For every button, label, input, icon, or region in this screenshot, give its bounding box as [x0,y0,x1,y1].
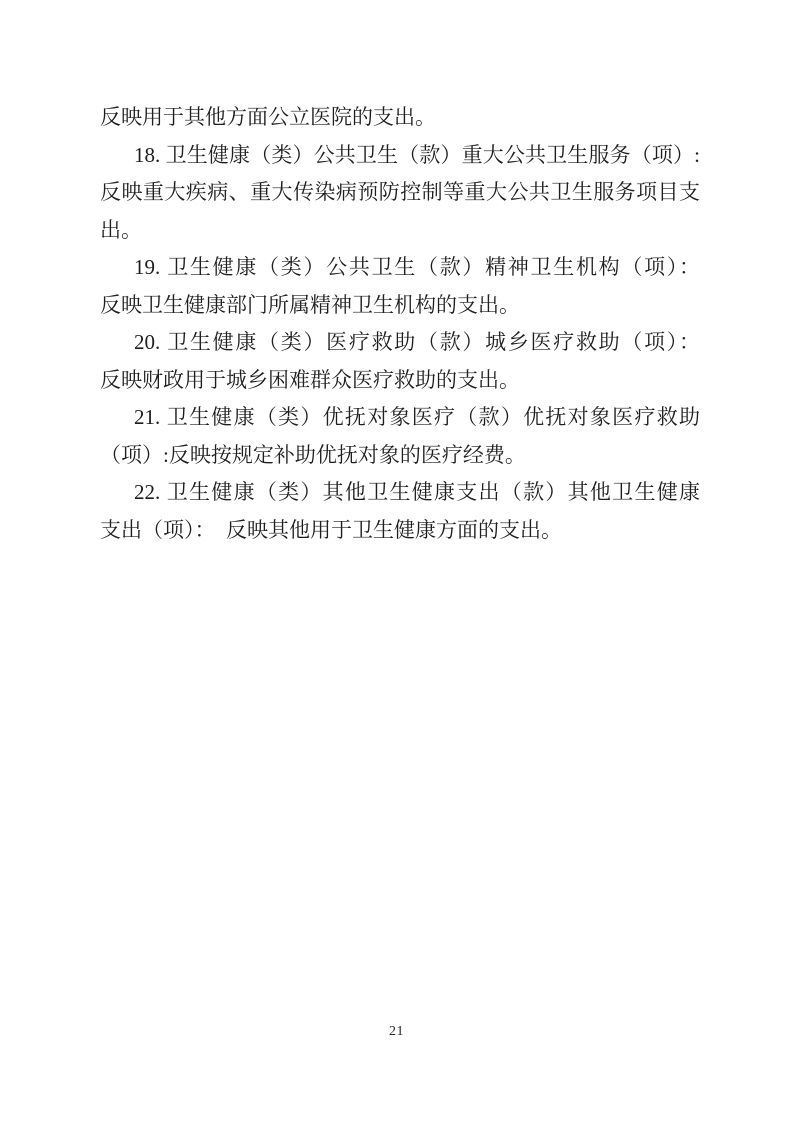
page-footer: 21 [0,1022,793,1040]
text-line: 支出（项）： 反映其他用于卫生健康方面的支出。 [100,512,700,550]
page-number: 21 [389,1024,404,1039]
text-line: 20. 卫生健康（类）医疗救助（款）城乡医疗救助（项）： [100,324,700,362]
text-line: 反映用于其他方面公立医院的支出。 [100,99,700,137]
text-line: 22. 卫生健康（类）其他卫生健康支出（款）其他卫生健康 [100,474,700,512]
text-line: 反映卫生健康部门所属精神卫生机构的支出。 [100,287,700,325]
text-line: 19. 卫生健康（类）公共卫生（款）精神卫生机构（项）： [100,249,700,287]
text-line: 反映财政用于城乡困难群众医疗救助的支出。 [100,362,700,400]
text-line: （项）:反映按规定补助优抚对象的医疗经费。 [100,437,700,475]
text-line: 21. 卫生健康（类）优抚对象医疗（款）优抚对象医疗救助 [100,399,700,437]
text-line: 反映重大疾病、重大传染病预防控制等重大公共卫生服务项目支 [100,174,700,212]
text-line: 出。 [100,212,700,250]
document-body: 反映用于其他方面公立医院的支出。18. 卫生健康（类）公共卫生（款）重大公共卫生… [100,99,700,549]
document-page: 反映用于其他方面公立医院的支出。18. 卫生健康（类）公共卫生（款）重大公共卫生… [0,0,793,1122]
text-line: 18. 卫生健康（类）公共卫生（款）重大公共卫生服务（项）: [100,137,700,175]
